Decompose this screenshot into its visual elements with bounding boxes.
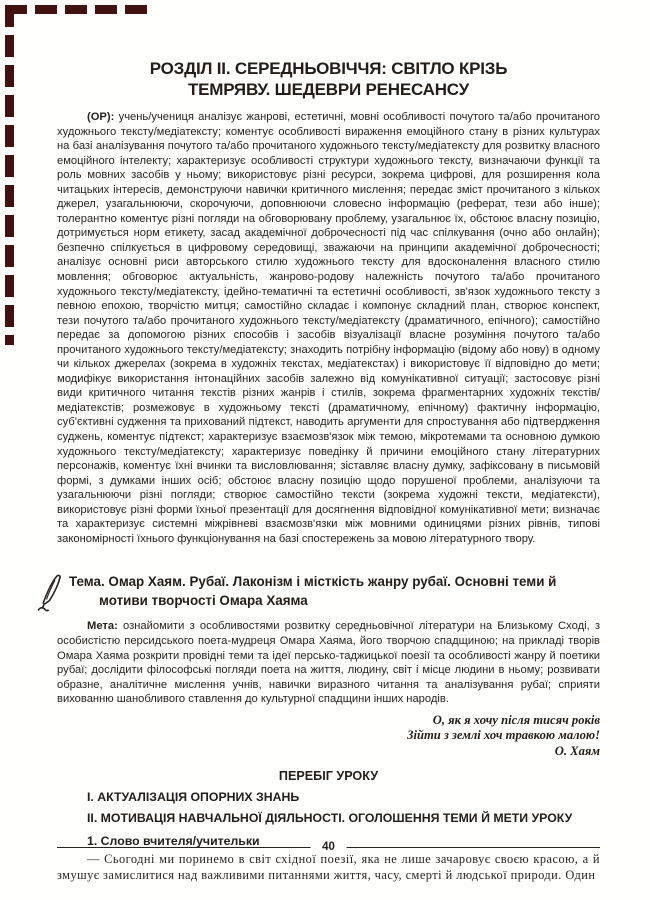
topic-text: Омар Хаям. Рубаї. Лаконізм і місткість ж…: [99, 574, 556, 608]
chapter-title-line1: РОЗДІЛ ІІ. СЕРЕДНЬОВІЧЧЯ: СВІТЛО КРІЗЬ: [57, 58, 600, 79]
page-content: РОЗДІЛ ІІ. СЕРЕДНЬОВІЧЧЯ: СВІТЛО КРІЗЬ Т…: [57, 58, 600, 883]
quill-pen-icon: [35, 572, 69, 619]
epigraph-line: О, як я хочу після тисяч років: [57, 713, 600, 728]
expected-results-label: (ОР):: [87, 111, 114, 123]
goal-label: Мета:: [87, 620, 118, 632]
expected-results-text: учень/учениця аналізує жанрові, естетичн…: [57, 111, 600, 545]
expected-results-paragraph: (ОР): учень/учениця аналізує жанрові, ес…: [57, 110, 600, 546]
lesson-goal-paragraph: Мета: ознайомити з особливостями розвитк…: [57, 619, 600, 706]
chapter-title-line2: ТЕМРЯВУ. ШЕДЕВРИ РЕНЕСАНСУ: [57, 79, 600, 100]
epigraph-line: Зійти з землі хоч травкою малою!: [57, 728, 600, 743]
epigraph: О, як я хочу після тисяч років Зійти з з…: [57, 713, 600, 760]
teacher-speech-paragraph: — Сьогодні ми поринемо в світ східної по…: [57, 852, 600, 883]
decorative-dash-border-top: [5, 5, 147, 14]
epigraph-author: О. Хаям: [57, 744, 600, 759]
chapter-title: РОЗДІЛ ІІ. СЕРЕДНЬОВІЧЧЯ: СВІТЛО КРІЗЬ Т…: [57, 58, 600, 100]
goal-text: ознайомити з особливостями розвитку сере…: [57, 620, 600, 705]
footer-rule: 40: [57, 847, 600, 848]
lesson-topic-heading: Тема. Омар Хаям. Рубаї. Лаконізм і містк…: [69, 572, 600, 610]
section-heading-motivation: ІІ. МОТИВАЦІЯ НАВЧАЛЬНОЇ ДІЯЛЬНОСТІ. ОГО…: [57, 811, 600, 827]
section-heading-actualization: І. АКТУАЛІЗАЦІЯ ОПОРНИХ ЗНАНЬ: [57, 790, 600, 806]
page-number: 40: [310, 841, 347, 853]
lesson-flow-heading: ПЕРЕБІГ УРОКУ: [57, 768, 600, 784]
book-page: РОЗДІЛ ІІ. СЕРЕДНЬОВІЧЧЯ: СВІТЛО КРІЗЬ Т…: [0, 0, 650, 900]
topic-label: Тема.: [69, 574, 105, 589]
topic-heading-row: Тема. Омар Хаям. Рубаї. Лаконізм і містк…: [57, 572, 600, 619]
decorative-dash-border-left: [5, 5, 14, 345]
